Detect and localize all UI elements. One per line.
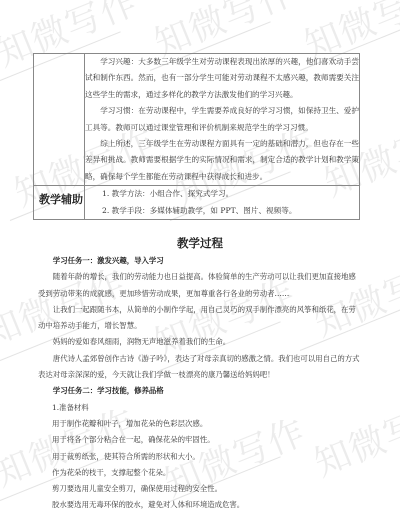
section-title: 教学过程 (0, 235, 400, 251)
teaching-method-item: 1. 教学方法：小组合作、探究式学习。 (85, 186, 359, 202)
materials-line: 作为花朵的枝干，支撑起整个花朵。 (38, 465, 363, 481)
task1-paragraph: 随着年龄的增长，我们的劳动能力也日益提高。体验简单的生产劳动可以让我们更加直接地… (38, 269, 363, 302)
row-label (34, 54, 84, 60)
materials-line: 用于制作花瓣和叶子，增加花朵的色彩层次感。 (38, 416, 363, 432)
teaching-means-item: 2. 教学手段：多媒体辅助教学，如 PPT、图片、视频等。 (85, 203, 359, 219)
materials-line: 剪刀要选用儿童安全剪刀，确保使用过程的安全性。 (38, 481, 363, 497)
learning-interest-paragraph: 学习兴趣：大多数三年级学生对劳动课程表现出浓厚的兴趣，他们喜欢动手尝试和制作东西… (85, 54, 359, 103)
learning-habits-paragraph: 学习习惯：在劳动课程中，学生需要养成良好的学习习惯，如保持卫生、爱护工具等。教师… (85, 103, 359, 136)
row-label-cell (34, 54, 85, 186)
row-content-cell: 1. 教学方法：小组合作、探究式学习。 2. 教学手段：多媒体辅助教学，如 PP… (85, 186, 360, 220)
materials-line: 用于将各个部分粘合在一起，确保花朵的牢固性。 (38, 432, 363, 448)
materials-heading: 1.准备材料 (38, 400, 363, 416)
table-row: 教学辅助 1. 教学方法：小组合作、探究式学习。 2. 教学手段：多媒体辅助教学… (34, 186, 360, 220)
table-row: 学习兴趣：大多数三年级学生对劳动课程表现出浓厚的兴趣，他们喜欢动手尝试和制作东西… (34, 54, 360, 186)
task2-heading: 学习任务二：学习技能，修养品格 (38, 383, 363, 399)
teaching-aids-label: 教学辅助 (34, 186, 84, 208)
materials-line: 用于裁剪纸张，使其符合所需的形状和大小。 (38, 449, 363, 465)
summary-paragraph: 综上所述，三年级学生在劳动课程方面具有一定的基础和潜力，但也存在一些差异和挑战。… (85, 136, 359, 185)
materials-line: 胶水要选用无毒环保的胶水，避免对人体和环境造成危害。 (38, 497, 363, 510)
task1-heading: 学习任务一：激发兴趣，导入学习 (38, 253, 363, 269)
teaching-process-body: 学习任务一：激发兴趣，导入学习 随着年龄的增长，我们的劳动能力也日益提高。体验简… (38, 253, 363, 510)
row-content-cell: 学习兴趣：大多数三年级学生对劳动课程表现出浓厚的兴趣，他们喜欢动手尝试和制作东西… (85, 54, 360, 186)
task1-paragraph: 妈妈的爱如春风细雨，润物无声地滋养着我们的生命。 (38, 334, 363, 350)
task1-paragraph: 让我们一起跟随书本，从简单的小制作学起，用自己灵巧的双手制作漂亮的风筝和纸花，在… (38, 302, 363, 335)
task1-paragraph: 唐代诗人孟郊曾创作古诗《游子吟》，表达了对母亲真切的感激之情。我们也可以用自己的… (38, 351, 363, 384)
row-label-cell: 教学辅助 (34, 186, 85, 220)
student-analysis-table: 学习兴趣：大多数三年级学生对劳动课程表现出浓厚的兴趣，他们喜欢动手尝试和制作东西… (33, 53, 360, 220)
